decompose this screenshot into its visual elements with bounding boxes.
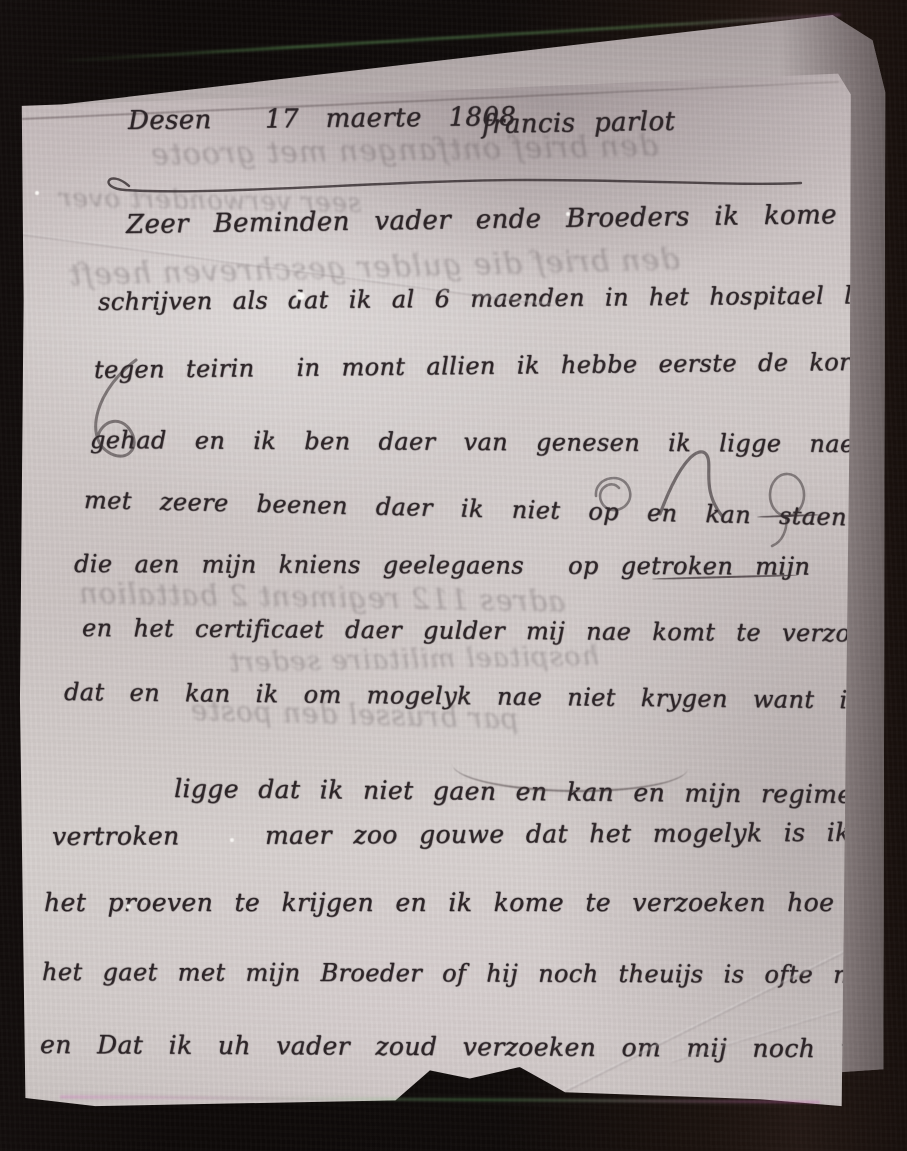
handwriting-line: schrijven als dat ik al 6 maenden in het…	[98, 281, 907, 316]
glare-speck	[126, 904, 131, 909]
handwriting-line: het proeven te krijgen en ik kome te ver…	[44, 888, 906, 917]
regiment-underlined: en mijn regiment	[633, 778, 879, 809]
handwriting-line: het gaet met mijn Broeder of hij noch th…	[42, 958, 882, 989]
handwriting-line: vertroken maer zoo gouwe dat het mogelyk…	[52, 818, 907, 851]
paper-crease	[551, 927, 892, 1099]
letter-sheet: den brief ontfangen met groote seer verw…	[0, 0, 907, 1151]
handwriting-line: tegen teirin in mont allien ik hebbe eer…	[94, 348, 894, 384]
signature: francis parlot	[482, 107, 676, 140]
glare-speck	[35, 191, 39, 195]
letter-photograph: den brief ontfangen met groote seer verw…	[0, 0, 907, 1151]
bleedthrough-line: adres 112 regiment 2 battalion	[78, 576, 566, 619]
bleedthrough-line: hospitael militaire sedert	[228, 641, 599, 678]
handwriting-line: gehad en ik ben daer van genesen ik ligg…	[90, 426, 855, 458]
handwriting-line: en Dat ik uh vader zoud verzoeken om mij…	[40, 1030, 888, 1063]
handwriting-line: en het certificaet daer gulder mij nae k…	[82, 614, 907, 648]
glare-speck	[566, 212, 570, 216]
glare-speck	[230, 838, 234, 842]
handwriting-line: met zeere beenen daer ik niet op en kan …	[84, 486, 848, 531]
glare-speck	[296, 292, 305, 300]
handwriting-line: dat en kan ik om mogelyk nae niet krygen…	[64, 678, 863, 714]
date-line: Desen 17 maerte 1808	[128, 102, 517, 136]
